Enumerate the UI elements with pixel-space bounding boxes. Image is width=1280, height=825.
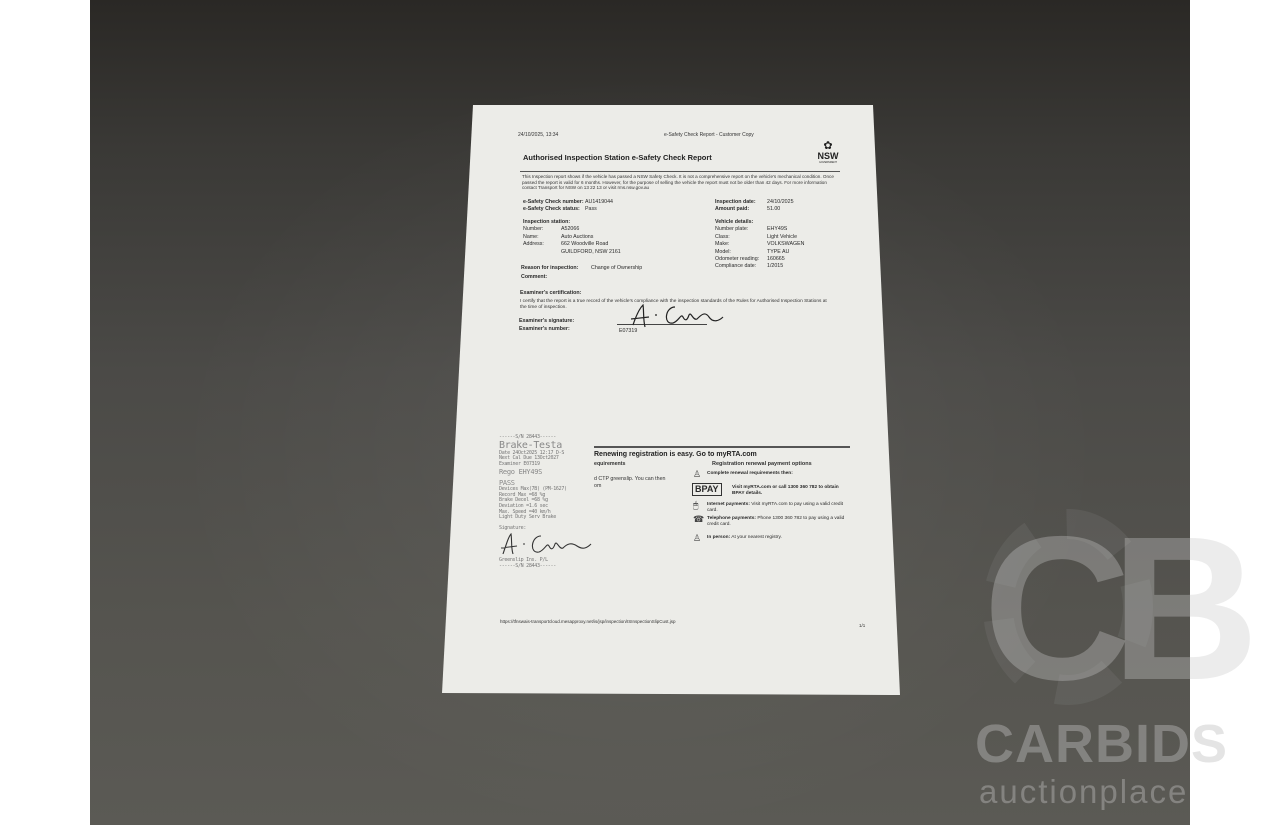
print-timestamp: 24/10/2025, 13:34 (518, 132, 558, 139)
person-icon: ♙ (693, 471, 701, 477)
examiner-number: E07319 (619, 328, 637, 335)
option-telephone: ☎ Telephone payments: Phone 1300 360 782… (707, 516, 847, 528)
title-divider (520, 171, 840, 172)
station-address-2: GUILDFORD, NSW 2161 (561, 249, 621, 255)
option-internet: 🖱 Internet payments: Visit myRTA.com to … (707, 502, 847, 514)
vehicle-class: Light Vehicle (767, 234, 797, 240)
intro-text: This Inspection report shows if the vehi… (522, 174, 842, 191)
examiner-signature (627, 303, 752, 329)
report-title: Authorised Inspection Station e-Safety C… (523, 153, 712, 163)
bpay-icon: BPAY (692, 483, 722, 496)
payment-options-heading: Registration renewal payment options (712, 461, 812, 468)
option-complete: ♙ Complete renewal requirements then: (707, 471, 793, 477)
footer-url: https://tfnswais-transportcloud.mesappro… (500, 619, 676, 625)
reason-block: Reason for inspection:Change of Ownershi… (521, 265, 642, 282)
brake-test-receipt: ------S/N 28443------ Brake-Testa Date 2… (499, 435, 599, 570)
copy-label: e-Safety Check Report - Customer Copy (664, 132, 754, 139)
check-summary: e-Safety Check number:AU1419044 e-Safety… (523, 199, 613, 214)
compliance-date: 1/2015 (767, 263, 783, 269)
requirements-heading: equirements (594, 461, 626, 468)
vehicle-model: TYPE AU (767, 249, 789, 255)
inspection-date: 24/10/2025 (767, 199, 794, 205)
vehicle-details: Vehicle details: Number plate:EHY49S Cla… (715, 219, 804, 271)
mouse-icon: 🖱 (693, 502, 698, 508)
inspection-report-document: 24/10/2025, 13:34 e-Safety Check Report … (442, 105, 902, 697)
reason-value: Change of Ownership (591, 265, 642, 271)
option-bpay: Visit myRTA.com or call 1300 360 782 to … (732, 485, 847, 497)
signature-label: Examiner's signature: (519, 318, 574, 325)
inspection-meta: Inspection date:24/10/2025 Amount paid:5… (715, 199, 794, 214)
station-address-1: 662 Woodville Road (561, 241, 608, 247)
phone-icon: ☎ (693, 516, 704, 522)
check-number: AU1419044 (585, 199, 613, 205)
rta-title: Renewing registration is easy. Go to myR… (594, 450, 757, 459)
inspection-station: Inspection station: Number:A52066 Name:A… (523, 219, 621, 256)
vehicle-make: VOLKSWAGEN (767, 241, 804, 247)
nsw-logo: ✿ NSW GOVERNMENT (814, 141, 842, 164)
page-number: 1/1 (859, 623, 865, 629)
odometer-reading: 160665 (767, 256, 785, 262)
check-status: Pass (585, 206, 597, 212)
amount-paid: 51.00 (767, 206, 780, 212)
option-in-person: ♙ In person: At your nearest registry. (707, 535, 847, 541)
station-name: Auto Auctions (561, 234, 593, 240)
examiner-number-label: Examiner's number: (519, 326, 570, 333)
rta-divider (594, 446, 850, 448)
ctp-text: d CTP greenslip. You can thenom (594, 476, 665, 490)
receipt-signature (499, 532, 594, 556)
station-number: A52066 (561, 226, 579, 232)
person-icon: ♙ (693, 535, 701, 541)
certification-heading: Examiner's certification: (520, 290, 581, 297)
number-plate: EHY49S (767, 226, 787, 232)
